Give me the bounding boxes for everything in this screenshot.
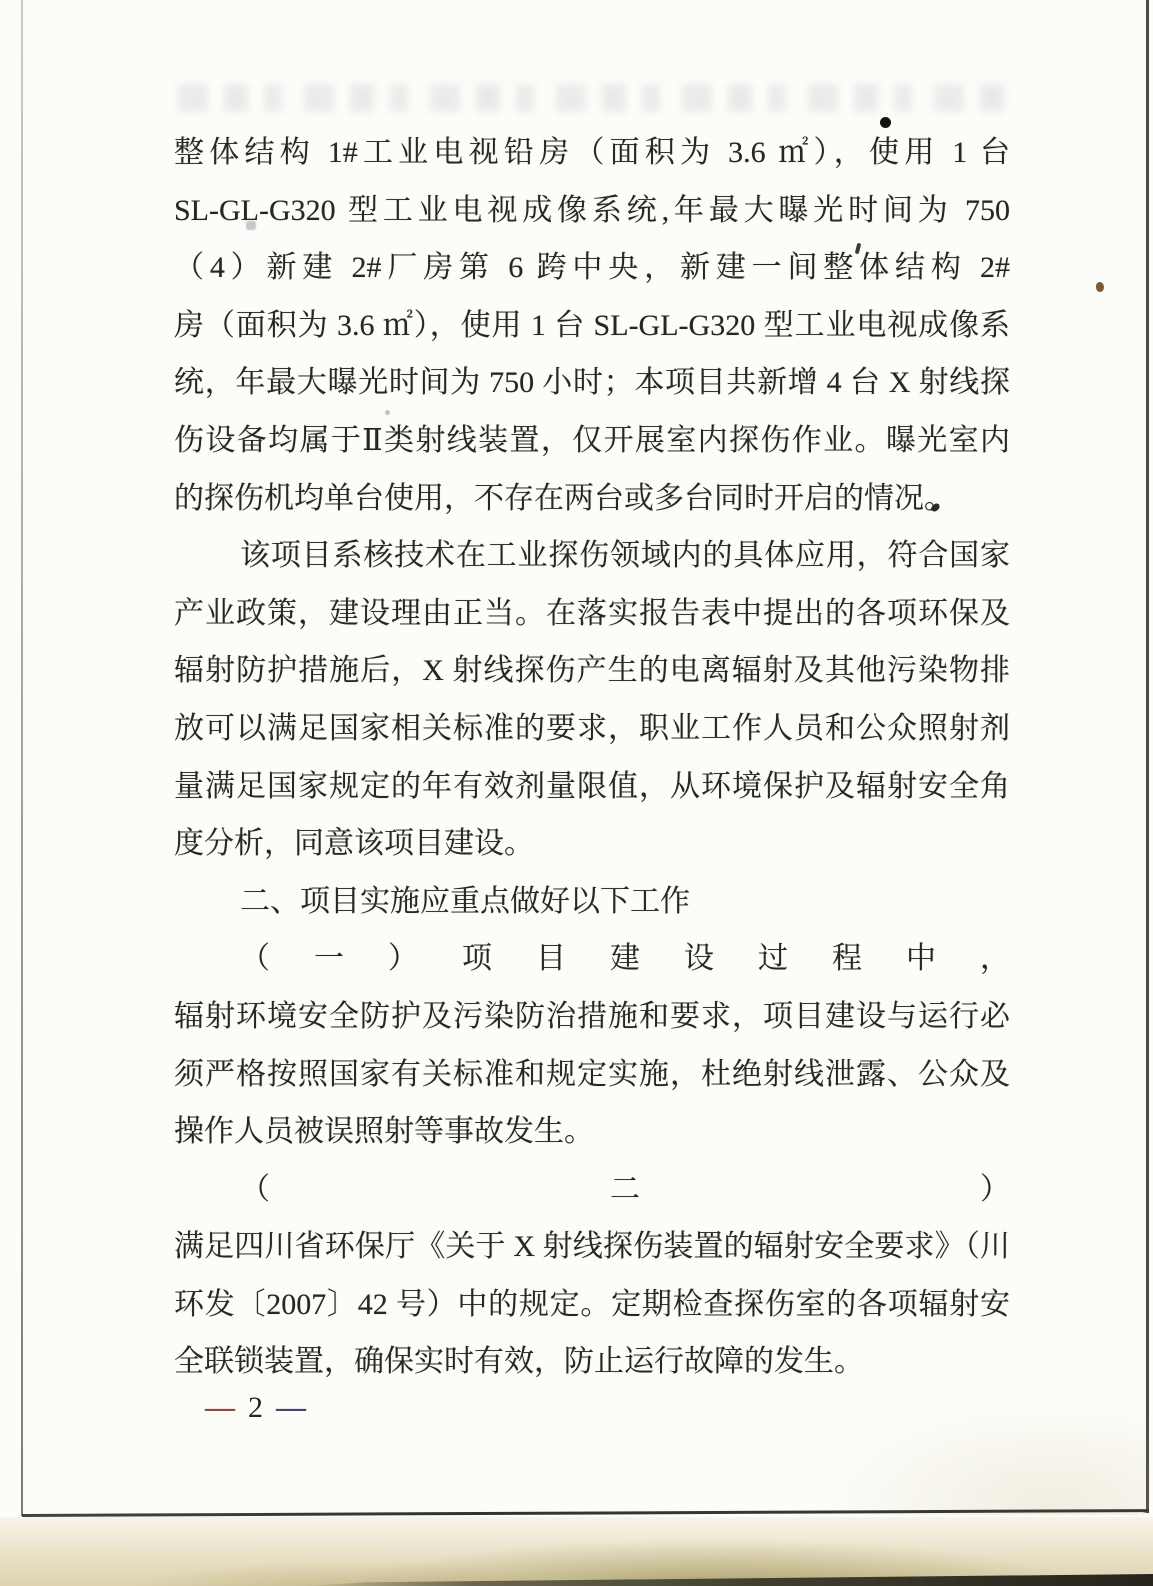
- scanner-shadow: [300, 1571, 1153, 1586]
- page-number: 2: [248, 1391, 263, 1425]
- page-edge-right: [1146, 0, 1149, 1513]
- footer-dash-right: —: [276, 1391, 306, 1425]
- text-line: 环发〔2007〕42 号）中的规定。定期检查探伤室的各项辐射安: [174, 1276, 1010, 1334]
- text-line: 辐射防护措施后，X 射线探伤产生的电离辐射及其他污染物排: [174, 642, 1010, 700]
- faint-smudge-artifact: [246, 221, 256, 230]
- document-text-body: 整体结构 1#工业电视铅房（面积为 3.6 ㎡），使用 1 台SL-GL-G32…: [174, 124, 1010, 1391]
- text-line: 该项目系核技术在工业探伤领域内的具体应用，符合国家: [174, 527, 1010, 585]
- text-line: 全联锁装置，确保实时有效，防止运行故障的发生。: [174, 1333, 1010, 1391]
- text-line: 度分析，同意该项目建设。: [174, 815, 1010, 873]
- text-line: 房（面积为 3.6 ㎡），使用 1 台 SL-GL-G320 型工业电视成像系: [174, 297, 1010, 355]
- text-line: （二）探伤室各项安全联锁装置的设置和监测设备的配备应: [174, 1161, 1010, 1219]
- scanner-background: [0, 1517, 1153, 1586]
- page-footer: — 2 —: [205, 1390, 306, 1426]
- ink-dot-artifact: [880, 117, 891, 128]
- paper-tint: [820, 1400, 1150, 1515]
- text-line: SL-GL-G320 型工业电视成像系统,年最大曝光时间为 750 小时；: [174, 182, 1010, 240]
- text-line: 的探伤机均单台使用，不存在两台或多台同时开启的情况。: [174, 470, 1010, 528]
- scanned-document-page: 整体结构 1#工业电视铅房（面积为 3.6 ㎡），使用 1 台SL-GL-G32…: [0, 0, 1153, 1586]
- text-line: 产业政策，建设理由正当。在落实报告表中提出的各项环保及: [174, 585, 1010, 643]
- noise-speck: [668, 1255, 672, 1259]
- bleedthrough-ghost-text: [178, 84, 1010, 112]
- text-line: 须严格按照国家有关标准和规定实施，杜绝射线泄露、公众及: [174, 1046, 1010, 1104]
- text-line: 放可以满足国家相关标准的要求，职业工作人员和公众照射剂: [174, 700, 1010, 758]
- text-line: 满足四川省环保厅《关于 X 射线探伤装置的辐射安全要求》（川: [174, 1218, 1010, 1276]
- page-edge-left: [21, 0, 23, 1516]
- text-line: 操作人员被误照射等事故发生。: [174, 1103, 1010, 1161]
- text-line: 辐射环境安全防护及污染防治措施和要求，项目建设与运行必: [174, 988, 1010, 1046]
- text-line: 伤设备均属于Ⅱ类射线装置，仅开展室内探伤作业。曝光室内: [174, 412, 1010, 470]
- text-line: 二、项目实施应重点做好以下工作: [174, 873, 1010, 931]
- text-line: 整体结构 1#工业电视铅房（面积为 3.6 ㎡），使用 1 台: [174, 124, 1010, 182]
- footer-dash-left: —: [205, 1391, 235, 1425]
- text-line: 统，年最大曝光时间为 750 小时；本项目共新增 4 台 X 射线探: [174, 354, 1010, 412]
- text-line: （4）新建 2#厂房第 6 跨中央，新建一间整体结构 2#工业电视铅: [174, 239, 1010, 297]
- text-line: （一）项目建设过程中，必须认真落实报告表中提出的各项: [174, 930, 1010, 988]
- brown-speck-artifact: [1096, 282, 1104, 292]
- text-line: 量满足国家规定的年有效剂量限值，从环境保护及辐射安全角: [174, 758, 1010, 816]
- noise-speck: [385, 410, 390, 415]
